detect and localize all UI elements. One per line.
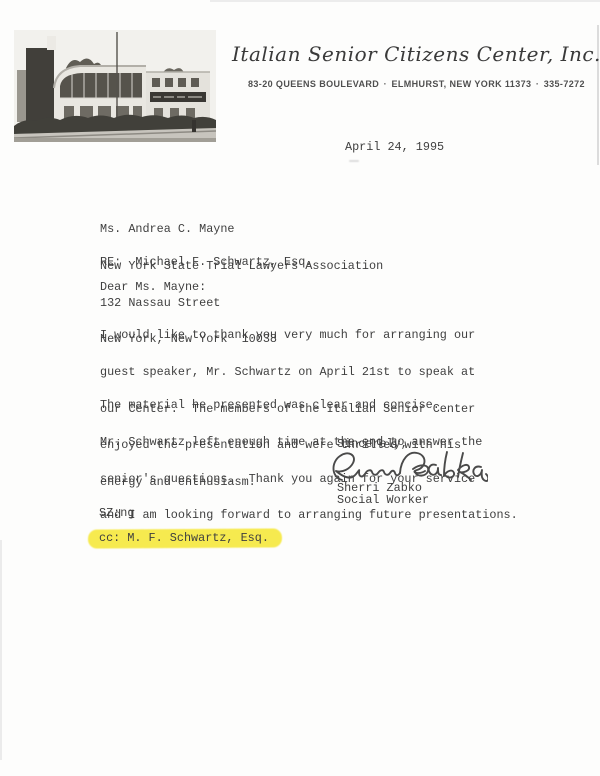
separator-dot: ·	[536, 79, 539, 89]
letterhead-phone: 335-7272	[544, 79, 585, 89]
typist-initials: SZ:ng	[99, 507, 134, 519]
body-line: I would like to thank you very much for …	[100, 329, 475, 341]
letterhead-city: ELMHURST, NEW YORK 11373	[391, 79, 531, 89]
signature-title: Social Worker	[337, 494, 429, 506]
scan-artifact-left-edge	[0, 540, 2, 760]
letterhead-address-line: 83-20 QUEENS BOULEVARD · ELMHURST, NEW Y…	[248, 79, 585, 89]
body-line: The material he presented was clear and …	[100, 399, 518, 411]
building-photo	[14, 30, 216, 142]
separator-dot: ·	[384, 79, 387, 89]
body-line: and I am looking forward to arranging fu…	[100, 509, 518, 521]
cc-line: cc: M. F. Schwartz, Esq.	[99, 532, 269, 544]
scan-smudge	[349, 160, 359, 162]
scanned-letter-page: Italian Senior Citizens Center, Inc. 83-…	[0, 0, 600, 776]
recipient-line: Ms. Andrea C. Mayne	[100, 223, 383, 235]
letterhead-street: 83-20 QUEENS BOULEVARD	[248, 79, 379, 89]
scan-artifact-top-edge	[210, 0, 600, 2]
re-line: RE: Michael F. Schwartz, Esq.	[100, 256, 312, 268]
salutation: Dear Ms. Mayne:	[100, 281, 206, 293]
letter-date: April 24, 1995	[345, 141, 444, 153]
org-name: Italian Senior Citizens Center, Inc.	[232, 42, 594, 66]
